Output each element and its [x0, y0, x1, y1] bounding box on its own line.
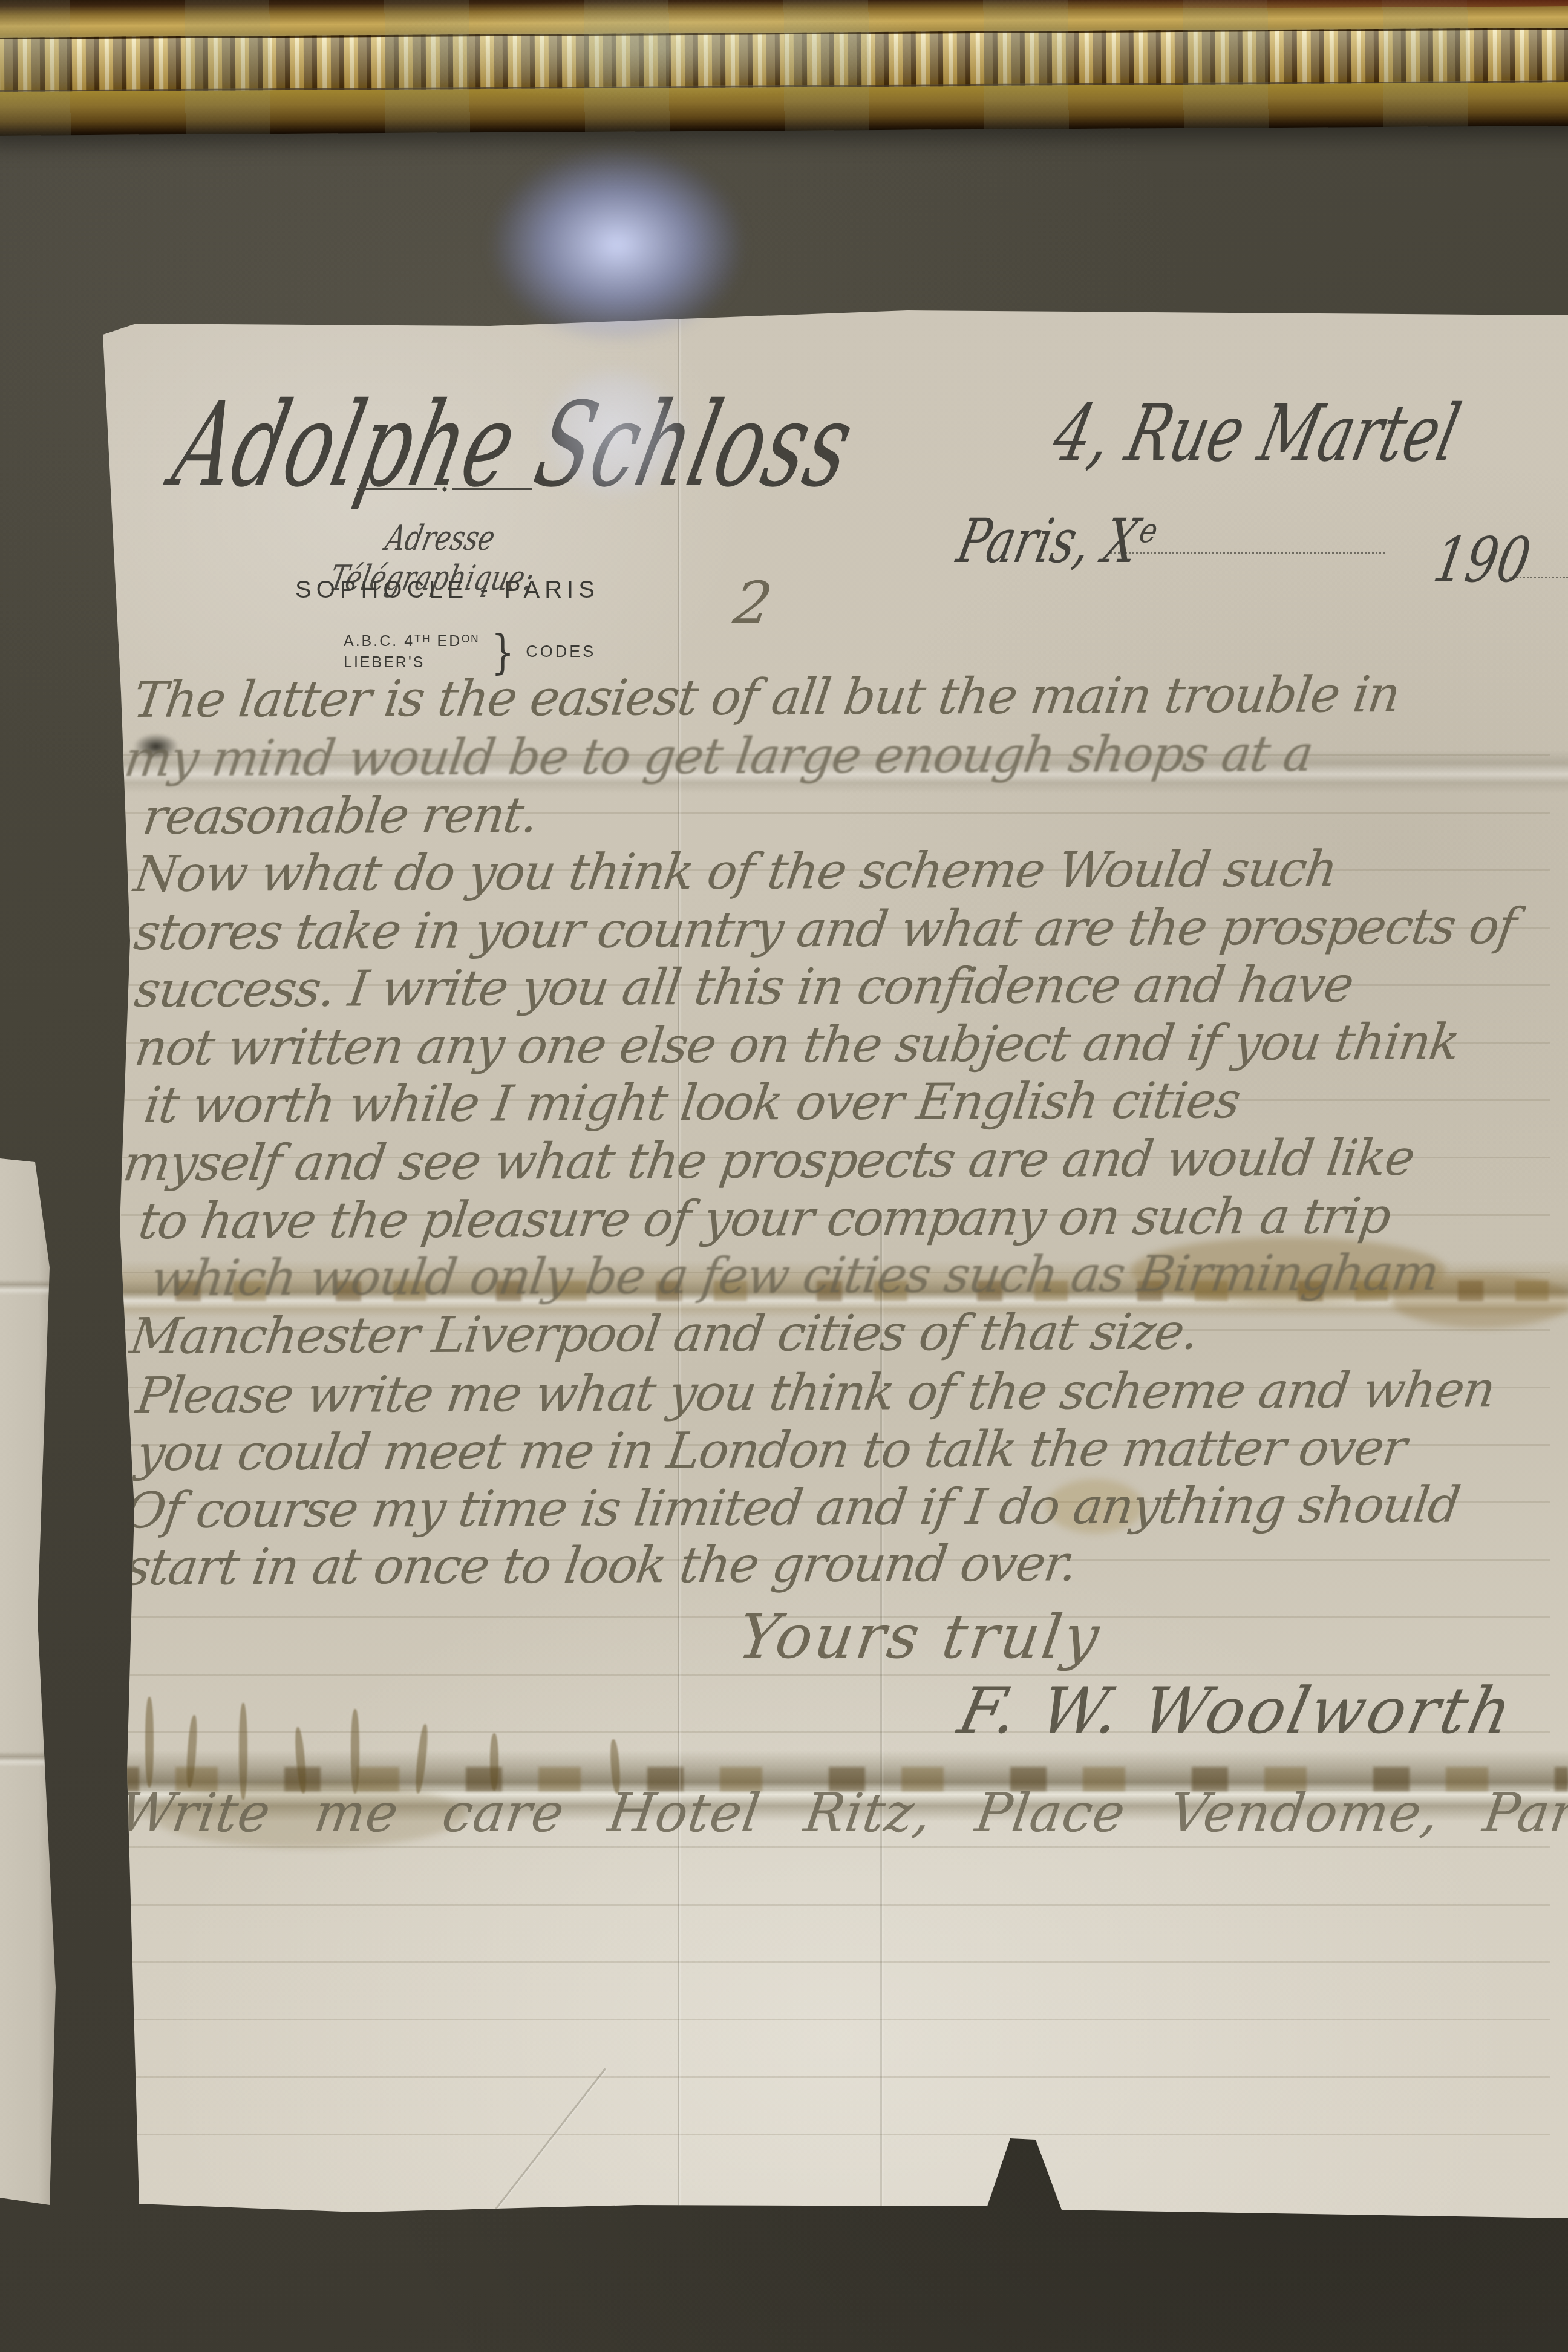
handwritten-line: it worth while I might look over English…: [141, 1072, 1243, 1134]
handwritten-line: which would only be a few cities such as…: [148, 1244, 1442, 1307]
handwritten-line: Manchester Liverpool and cities of that …: [126, 1303, 1201, 1365]
letter-page: Adolphe Schloss ⬩ Adresse Télégraphique:…: [103, 305, 1568, 2229]
handwritten-line: you could meet me in London to talk the …: [133, 1419, 1409, 1482]
signature: F. W. Woolworth: [952, 1674, 1520, 1748]
frame-patina: [0, 0, 1568, 136]
handwritten-line: not written any one else on the subject …: [131, 1013, 1462, 1077]
second-page-edge: [0, 1158, 64, 2205]
camera-flash-reflection-secondary: [514, 339, 714, 526]
handwritten-line: myself and see what the prospects are an…: [120, 1129, 1417, 1192]
camera-flash-reflection: [448, 115, 786, 375]
handwritten-line: to have the pleasure of your company on …: [135, 1187, 1393, 1250]
page-crease: [0, 1279, 64, 1295]
code-liebers: LIEBER'S: [344, 654, 480, 671]
letter-body: The latter is the easiest of all but the…: [103, 302, 1568, 309]
handwritten-line: success. I write you all this in confide…: [131, 956, 1356, 1019]
stain-mark: [145, 1697, 154, 1788]
handwritten-line: Of course my time is limited and if I do…: [122, 1476, 1463, 1540]
valediction: Yours truly: [734, 1601, 1106, 1672]
letterhead-city-line: Paris, Xᵉ: [952, 505, 1163, 576]
framed-letter-photo: Adolphe Schloss ⬩ Adresse Télégraphique:…: [0, 0, 1568, 2352]
stain-mark: [351, 1709, 359, 1794]
page-number: 2: [730, 569, 775, 637]
handwritten-line: Now what do you think of the scheme Woul…: [131, 840, 1340, 903]
handwritten-line: start in at once to look the ground over…: [122, 1535, 1080, 1596]
telegraph-address-value: SOPHOCLE - PARIS: [295, 577, 599, 604]
letterhead-street-address: 4, Rue Martel: [1045, 389, 1468, 480]
handwritten-line: my mind would be to get large enough sho…: [121, 725, 1316, 788]
codes-label: CODES: [526, 642, 596, 661]
handwritten-line: The latter is the easiest of all but the…: [130, 666, 1403, 729]
code-abc: A.B.C. 4ᵀᴴ EDᴼᴺ: [344, 633, 480, 650]
picture-frame-top-edge: [0, 0, 1568, 136]
letterhead-company-name: Adolphe Schloss: [162, 377, 866, 513]
handwritten-line: stores take in your country and what are…: [131, 898, 1519, 961]
divider-ornament-icon: ⬩: [357, 486, 532, 492]
handwritten-line: Please write me what you think of the sc…: [133, 1361, 1498, 1425]
date-fill-line: [1110, 552, 1385, 554]
year-prefix: 190: [1428, 524, 1535, 596]
postscript-line: Write me care Hotel Ritz, Place Vendome,…: [116, 1782, 1568, 1844]
date-fill-line: [1509, 577, 1568, 578]
handwritten-line: reasonable rent.: [140, 786, 541, 846]
page-crease: [0, 1751, 64, 1767]
